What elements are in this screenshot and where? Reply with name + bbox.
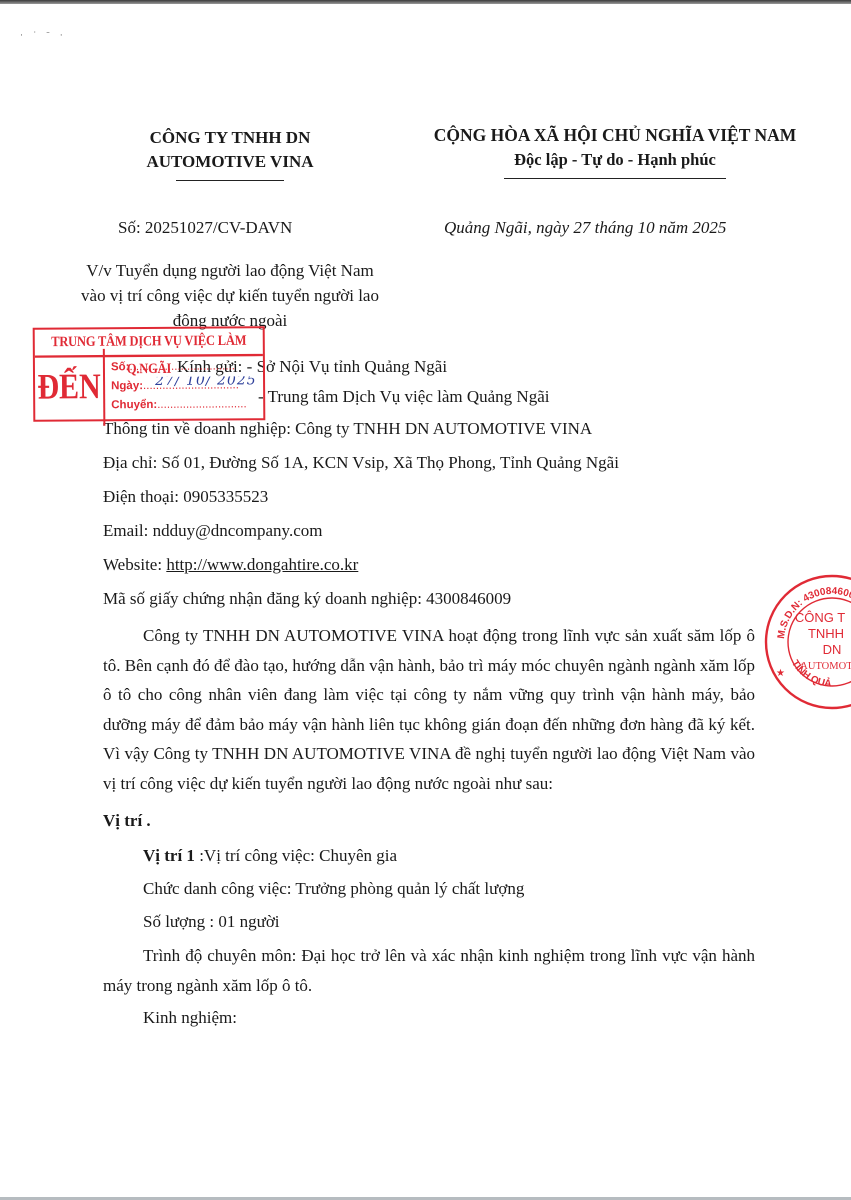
company-name-line1: CÔNG TY TNHH DN	[145, 126, 315, 150]
company-seal: M.S.D.N: 4300846009 TỈNH QUẢ ★ CÔNG T TN…	[762, 572, 851, 712]
company-name-line2: AUTOMOTIVE VINA	[145, 150, 315, 174]
stamp-date-value: 27/ 10/ 2025	[155, 376, 257, 391]
recipient-2: - Trung tâm Dịch Vụ việc làm Quảng Ngãi	[258, 387, 549, 407]
position-role: :Vị trí công việc: Chuyên gia	[195, 846, 397, 865]
stamp-mark: ĐẾN	[35, 349, 106, 426]
section-title: Vị trí .	[103, 811, 151, 831]
seal-line-1: CÔNG T	[795, 610, 845, 625]
receipt-stamp: TRUNG TÂM DỊCH VỤ VIỆC LÀM Q.NGÃI ĐẾN Số…	[33, 326, 266, 422]
stamp-transfer-field: Chuyển:............................	[111, 395, 263, 415]
seal-line-3: DN	[823, 642, 842, 657]
body-paragraph: Công ty TNHH DN AUTOMOTIVE VINA hoạt độn…	[103, 621, 755, 798]
national-motto: Độc lập - Tự do - Hạnh phúc	[415, 147, 815, 173]
scan-top-edge	[0, 0, 851, 4]
subject-line: V/v Tuyển dụng người lao động Việt Nam v…	[80, 258, 380, 333]
position-1: Vị trí 1 :Vị trí công việc: Chuyên gia	[143, 846, 397, 866]
seal-line-4: AUTOMOTIV	[800, 661, 851, 672]
experience: Kinh nghiệm:	[143, 1008, 237, 1028]
phone: Điện thoại: 0905335523	[103, 487, 268, 507]
nation-title: CỘNG HÒA XÃ HỘI CHỦ NGHĨA VIỆT NAM	[415, 123, 815, 147]
stamp-date-label: Ngày:	[111, 380, 143, 392]
company-header: CÔNG TY TNHH DN AUTOMOTIVE VINA	[145, 126, 315, 181]
business-info: Thông tin về doanh nghiệp: Công ty TNHH …	[103, 419, 592, 439]
stamp-transfer-label: Chuyển:	[111, 399, 157, 411]
address: Địa chỉ: Số 01, Đường Số 1A, KCN Vsip, X…	[103, 453, 619, 473]
document-number: Số: 20251027/CV-DAVN	[118, 218, 292, 238]
website: Website: http://www.dongahtire.co.kr	[103, 555, 358, 575]
job-title: Chức danh công việc: Trưởng phòng quản l…	[143, 879, 524, 899]
place-date: Quảng Ngãi, ngày 27 tháng 10 năm 2025	[444, 218, 726, 238]
registration-number: Mã số giấy chứng nhận đăng ký doanh nghi…	[103, 589, 511, 609]
seal-star-icon: ★	[776, 668, 785, 679]
website-label: Website:	[103, 555, 166, 574]
qualifications: Trình độ chuyên môn: Đại học trở lên và …	[103, 941, 755, 1000]
national-header: CỘNG HÒA XÃ HỘI CHỦ NGHĨA VIỆT NAM Độc l…	[415, 123, 815, 179]
company-header-rule	[176, 180, 284, 181]
email: Email: ndduy@dncompany.com	[103, 521, 322, 541]
position-label: Vị trí 1	[143, 846, 195, 865]
stamp-date-field: Ngày:.............................. 27/ …	[111, 376, 263, 396]
website-link[interactable]: http://www.dongahtire.co.kr	[166, 555, 358, 574]
seal-line-2: TNHH	[808, 626, 844, 641]
quantity: Số lượng : 01 người	[143, 912, 280, 932]
scan-artifact: · ˙ ˉ ·	[20, 30, 67, 40]
motto-rule	[504, 178, 726, 179]
